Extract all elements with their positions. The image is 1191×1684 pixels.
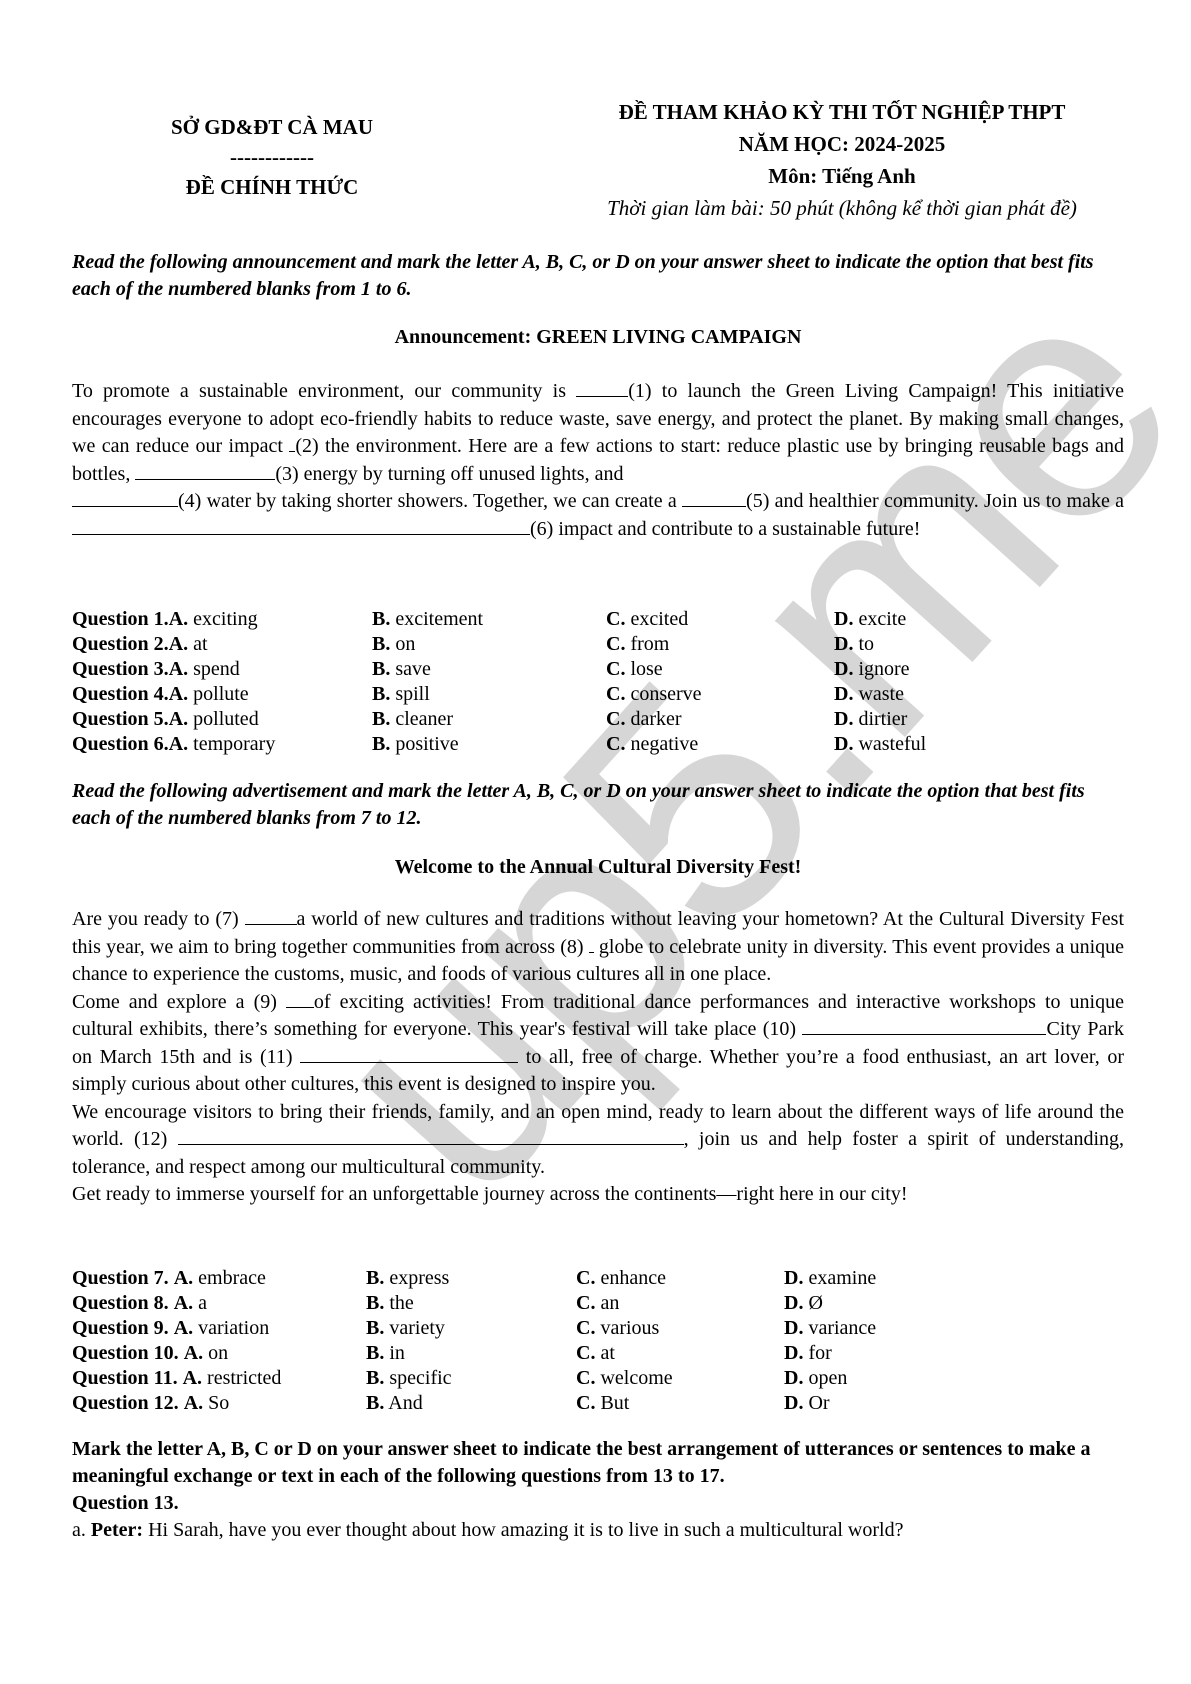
option-letter: Question 10. <box>72 1342 179 1364</box>
question-row: Question 12. A. SoB. AndC. ButD. Or <box>72 1392 1124 1417</box>
option-letter: D. <box>834 683 853 705</box>
option-text: spill <box>395 683 429 705</box>
option-text: an <box>600 1292 619 1314</box>
option-letter: C. <box>606 683 625 705</box>
passage-text: Come and explore a (9) <box>72 991 286 1013</box>
option-d: D. open <box>784 1367 847 1390</box>
option-b: B. on <box>372 633 415 656</box>
option-c: C. an <box>576 1292 619 1315</box>
option-d: D. ignore <box>834 658 910 681</box>
question-13-line-a: a. Peter: Hi Sarah, have you ever though… <box>72 1517 1124 1544</box>
option-b: B. cleaner <box>372 708 453 731</box>
subject: Môn: Tiếng Anh <box>542 160 1142 192</box>
option-text: negative <box>630 733 698 755</box>
option-b: B. express <box>366 1267 449 1290</box>
option-text: So <box>208 1392 229 1414</box>
option-a: Question 10. A. on <box>72 1342 228 1365</box>
section3: Mark the letter A, B, C or D on your ans… <box>72 1436 1124 1544</box>
option-letter: D. <box>834 633 853 655</box>
option-text: in <box>389 1342 405 1364</box>
question-13-label: Question 13. <box>72 1490 1124 1517</box>
section2-instruction: Read the following advertisement and mar… <box>72 778 1124 832</box>
option-text: pollute <box>193 683 249 705</box>
official-label: ĐỀ CHÍNH THỨC <box>72 172 472 202</box>
option-text: embrace <box>198 1267 266 1289</box>
option-text: enhance <box>600 1267 666 1289</box>
option-letter: Question 11. <box>72 1367 178 1389</box>
option-b: B. And <box>366 1392 423 1415</box>
speaker-name: Peter: <box>91 1519 143 1541</box>
option-text: open <box>808 1367 847 1389</box>
option-a: Question 11. A. restricted <box>72 1367 281 1390</box>
option-letter: B. <box>366 1367 384 1389</box>
option-c: C. negative <box>606 733 698 756</box>
option-a: Question 6.A. temporary <box>72 733 275 756</box>
option-letter: C. <box>576 1392 595 1414</box>
option-a: Question 12. A. So <box>72 1392 229 1415</box>
option-c: C. welcome <box>576 1367 673 1390</box>
blank-4 <box>72 490 178 507</box>
option-letter: Question 9. <box>72 1317 169 1339</box>
question-row: Question 6.A. temporaryB. positiveC. neg… <box>72 733 1124 758</box>
passage-text: To promote a sustainable environment, ou… <box>72 380 576 402</box>
option-letter: C. <box>606 708 625 730</box>
option-b: B. spill <box>372 683 430 706</box>
option-text: wasteful <box>858 733 926 755</box>
option-letter: D. <box>784 1317 803 1339</box>
option-a: Question 5.A. polluted <box>72 708 259 731</box>
option-text: conserve <box>630 683 701 705</box>
option-letter: A. <box>169 683 188 705</box>
option-letter: D. <box>784 1292 803 1314</box>
section2-options: Question 7. A. embraceB. expressC. enhan… <box>72 1267 1124 1417</box>
option-letter: B. <box>366 1317 384 1339</box>
header-left: SỞ GD&ĐT CÀ MAU ------------ ĐỀ CHÍNH TH… <box>72 112 472 202</box>
option-b: B. specific <box>366 1367 452 1390</box>
option-text: save <box>395 658 431 680</box>
option-letter: A. <box>169 733 188 755</box>
blank-1 <box>576 380 628 397</box>
option-letter: C. <box>606 658 625 680</box>
option-a: Question 7. A. embrace <box>72 1267 266 1290</box>
option-letter: B. <box>366 1267 384 1289</box>
blank-12 <box>178 1128 684 1145</box>
section2-title: Welcome to the Annual Cultural Diversity… <box>72 856 1124 879</box>
option-text: from <box>630 633 669 655</box>
option-letter: D. <box>784 1267 803 1289</box>
option-text: And <box>388 1392 422 1414</box>
option-text: express <box>389 1267 449 1289</box>
option-text: excitement <box>395 608 483 630</box>
option-letter: B. <box>372 658 390 680</box>
option-text: various <box>600 1317 659 1339</box>
exam-time: Thời gian làm bài: 50 phút (không kể thờ… <box>542 192 1142 224</box>
blank-11 <box>300 1046 518 1063</box>
question-row: Question 11. A. restrictedB. specificC. … <box>72 1367 1124 1392</box>
option-text: lose <box>630 658 662 680</box>
option-letter: Question 5. <box>72 708 169 730</box>
option-letter: Question 2. <box>72 633 169 655</box>
question-row: Question 3.A. spendB. saveC. loseD. igno… <box>72 658 1124 683</box>
passage-closing: Get ready to immerse yourself for an unf… <box>72 1181 1124 1209</box>
question-row: Question 2.A. atB. onC. fromD. to <box>72 633 1124 658</box>
exam-page: up5.me SỞ GD&ĐT CÀ MAU ------------ ĐỀ C… <box>0 0 1191 1684</box>
option-c: C. at <box>576 1342 615 1365</box>
option-text: the <box>389 1292 413 1314</box>
option-c: C. enhance <box>576 1267 666 1290</box>
option-text: welcome <box>600 1367 672 1389</box>
option-text: variance <box>808 1317 876 1339</box>
option-letter: D. <box>834 608 853 630</box>
option-a: Question 4.A. pollute <box>72 683 249 706</box>
option-letter: Question 7. <box>72 1267 169 1289</box>
section2-passage: Are you ready to (7) a world of new cult… <box>72 906 1124 1209</box>
option-letter: C. <box>606 733 625 755</box>
option-letter: C. <box>576 1317 595 1339</box>
option-c: C. various <box>576 1317 659 1340</box>
header-right: ĐỀ THAM KHẢO KỲ THI TỐT NGHIỆP THPT NĂM … <box>542 96 1142 224</box>
option-text: polluted <box>193 708 259 730</box>
option-d: D. to <box>834 633 874 656</box>
option-letter: B. <box>372 733 390 755</box>
option-letter: Question 6. <box>72 733 169 755</box>
question-row: Question 1.A. excitingB. excitementC. ex… <box>72 608 1124 633</box>
option-letter: C. <box>576 1267 595 1289</box>
option-d: D. for <box>784 1342 832 1365</box>
option-a: Question 9. A. variation <box>72 1317 269 1340</box>
option-text: at <box>193 633 207 655</box>
option-letter: C. <box>576 1342 595 1364</box>
option-letter: Question 8. <box>72 1292 169 1314</box>
option-text: But <box>600 1392 629 1414</box>
option-text: examine <box>808 1267 876 1289</box>
option-text: ignore <box>858 658 909 680</box>
option-c: C. lose <box>606 658 663 681</box>
question-row: Question 5.A. pollutedB. cleanerC. darke… <box>72 708 1124 733</box>
question-row: Question 10. A. onB. inC. atD. for <box>72 1342 1124 1367</box>
question-row: Question 7. A. embraceB. expressC. enhan… <box>72 1267 1124 1292</box>
option-text: restricted <box>207 1367 281 1389</box>
question-row: Question 8. A. aB. theC. anD. Ø <box>72 1292 1124 1317</box>
section3-instruction: Mark the letter A, B, C or D on your ans… <box>72 1436 1124 1490</box>
option-letter: A. <box>184 1342 203 1364</box>
line-prefix: a. <box>72 1519 91 1541</box>
option-text: dirtier <box>858 708 907 730</box>
section1-options: Question 1.A. excitingB. excitementC. ex… <box>72 608 1124 758</box>
blank-3 <box>135 463 275 480</box>
department-name: SỞ GD&ĐT CÀ MAU <box>72 112 472 142</box>
option-text: a <box>198 1292 207 1314</box>
option-c: C. excited <box>606 608 688 631</box>
option-letter: A. <box>169 658 188 680</box>
option-letter: B. <box>372 708 390 730</box>
option-text: temporary <box>193 733 275 755</box>
passage-text: Are you ready to (7) <box>72 908 245 930</box>
option-text: Ø <box>808 1292 822 1314</box>
option-letter: Question 4. <box>72 683 169 705</box>
option-text: exciting <box>193 608 257 630</box>
exam-title: ĐỀ THAM KHẢO KỲ THI TỐT NGHIỆP THPT <box>542 96 1142 128</box>
option-text: excited <box>630 608 688 630</box>
option-letter: D. <box>784 1392 803 1414</box>
option-a: Question 2.A. at <box>72 633 208 656</box>
option-text: variation <box>198 1317 269 1339</box>
option-d: D. excite <box>834 608 906 631</box>
blank-9 <box>286 991 314 1008</box>
option-d: D. Or <box>784 1392 830 1415</box>
blank-6 <box>72 518 530 535</box>
option-letter: A. <box>174 1317 193 1339</box>
option-d: D. dirtier <box>834 708 907 731</box>
option-b: B. variety <box>366 1317 445 1340</box>
option-letter: B. <box>366 1392 384 1414</box>
option-d: D. Ø <box>784 1292 823 1315</box>
option-text: waste <box>858 683 904 705</box>
option-text: on <box>395 633 415 655</box>
option-letter: D. <box>834 658 853 680</box>
option-letter: D. <box>834 708 853 730</box>
option-d: D. variance <box>784 1317 876 1340</box>
option-letter: D. <box>784 1342 803 1364</box>
option-letter: B. <box>366 1292 384 1314</box>
option-letter: Question 1. <box>72 608 169 630</box>
option-text: spend <box>193 658 240 680</box>
blank-10 <box>802 1018 1046 1035</box>
option-letter: B. <box>372 633 390 655</box>
option-text: for <box>808 1342 831 1364</box>
passage-text: (5) and healthier community. Join us to … <box>746 490 1124 512</box>
option-text: positive <box>395 733 458 755</box>
blank-7 <box>245 908 297 925</box>
option-a: Question 1.A. exciting <box>72 608 258 631</box>
option-letter: C. <box>576 1367 595 1389</box>
option-d: D. wasteful <box>834 733 926 756</box>
school-year: NĂM HỌC: 2024-2025 <box>542 128 1142 160</box>
option-letter: C. <box>576 1292 595 1314</box>
option-letter: C. <box>606 633 625 655</box>
question-row: Question 9. A. variationB. varietyC. var… <box>72 1317 1124 1342</box>
option-b: B. the <box>366 1292 414 1315</box>
option-letter: A. <box>184 1392 203 1414</box>
option-d: D. examine <box>784 1267 876 1290</box>
option-letter: D. <box>784 1367 803 1389</box>
option-d: D. waste <box>834 683 904 706</box>
option-b: B. in <box>366 1342 405 1365</box>
option-text: specific <box>389 1367 451 1389</box>
option-b: B. positive <box>372 733 459 756</box>
option-c: C. conserve <box>606 683 702 706</box>
option-text: cleaner <box>395 708 453 730</box>
option-letter: A. <box>169 633 188 655</box>
option-letter: D. <box>834 733 853 755</box>
passage-text: (6) impact and contribute to a sustainab… <box>530 518 920 540</box>
question-row: Question 4.A. polluteB. spillC. conserve… <box>72 683 1124 708</box>
section1-passage: To promote a sustainable environment, ou… <box>72 378 1124 543</box>
option-letter: C. <box>606 608 625 630</box>
passage-text: (4) water by taking shorter showers. Tog… <box>178 490 682 512</box>
option-text: excite <box>858 608 906 630</box>
option-text: to <box>858 633 874 655</box>
passage-text: (3) energy by turning off unused lights,… <box>275 463 623 485</box>
header-divider: ------------ <box>72 142 472 172</box>
option-letter: A. <box>174 1267 193 1289</box>
section1-title: Announcement: GREEN LIVING CAMPAIGN <box>72 326 1124 349</box>
option-letter: B. <box>372 608 390 630</box>
option-text: variety <box>389 1317 445 1339</box>
option-b: B. excitement <box>372 608 483 631</box>
option-a: Question 8. A. a <box>72 1292 207 1315</box>
option-c: C. from <box>606 633 669 656</box>
option-letter: B. <box>372 683 390 705</box>
option-letter: A. <box>169 708 188 730</box>
option-text: at <box>600 1342 614 1364</box>
option-text: Or <box>808 1392 829 1414</box>
option-c: C. darker <box>606 708 682 731</box>
option-b: B. save <box>372 658 431 681</box>
option-letter: A. <box>169 608 188 630</box>
option-letter: Question 12. <box>72 1392 179 1414</box>
option-text: on <box>208 1342 228 1364</box>
option-letter: B. <box>366 1342 384 1364</box>
option-letter: A. <box>174 1292 193 1314</box>
option-letter: Question 3. <box>72 658 169 680</box>
option-text: darker <box>630 708 681 730</box>
option-letter: A. <box>183 1367 202 1389</box>
option-c: C. But <box>576 1392 629 1415</box>
section1-instruction: Read the following announcement and mark… <box>72 249 1124 303</box>
blank-5 <box>682 490 746 507</box>
option-a: Question 3.A. spend <box>72 658 240 681</box>
line-text: Hi Sarah, have you ever thought about ho… <box>143 1519 903 1541</box>
